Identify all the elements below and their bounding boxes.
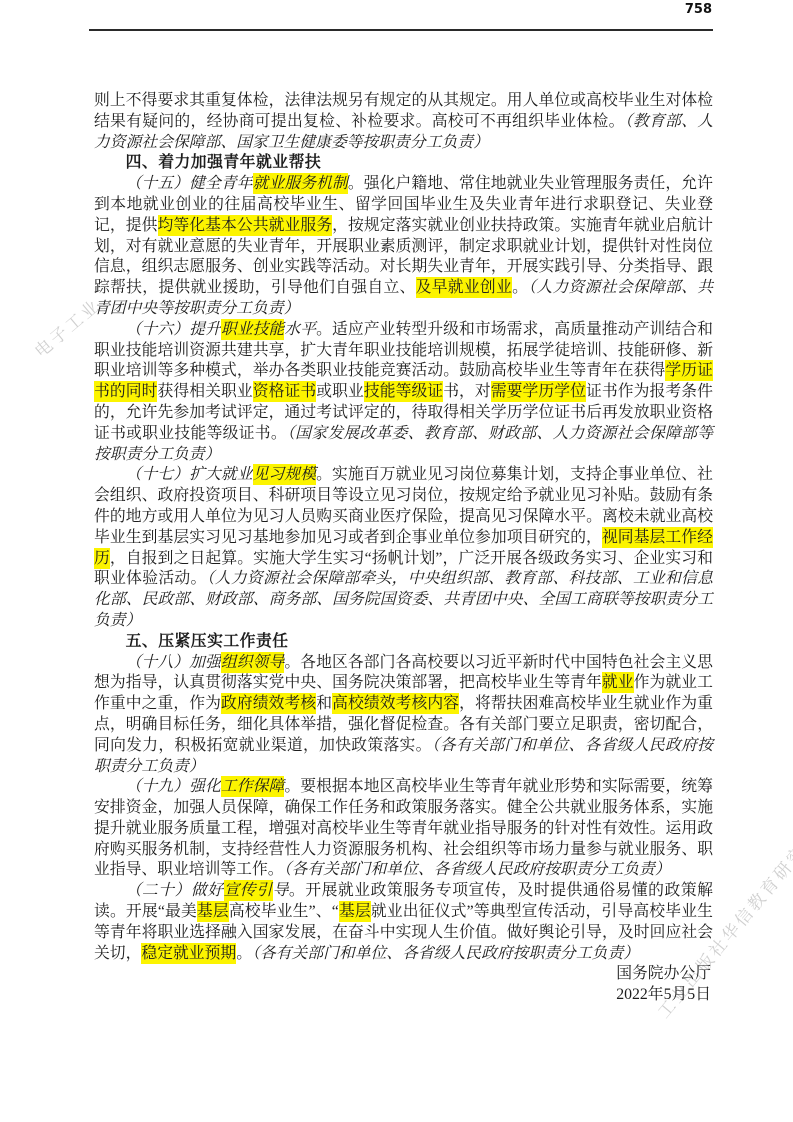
highlighted-text: 就业	[602, 672, 634, 693]
heading-section-4: 四、着力加强青年就业帮扶	[94, 153, 713, 174]
highlighted-text: 需要学历学位	[491, 381, 586, 402]
signature-line: 2022年5月5日	[94, 985, 713, 1006]
document-page: 758 电子工业 工业出版社华信教育研究所 则上不得要求其重复体检，法律法规另有…	[0, 0, 793, 1122]
para-continuation: 则上不得要求其重复体检，法律法规另有规定的从其规定。用人单位或高校毕业生对体检结…	[94, 91, 713, 153]
highlighted-text: 组织领导	[221, 652, 285, 673]
para-15: （十五）健全青年就业服务机制。强化户籍地、常住地就业失业管理服务责任，允许到本地…	[94, 174, 713, 320]
highlighted-text: 高校绩效考核内容	[332, 693, 459, 714]
highlighted-text: 技能等级证	[364, 381, 443, 402]
attribution-text: （二十）做好	[126, 882, 224, 899]
para-19: （十九）强化工作保障。要根据本地区高校毕业生等青年就业形势和实际需要，统筹安排资…	[94, 777, 713, 881]
highlighted-text: 就业服务机制	[253, 173, 348, 194]
body-text: 。	[512, 279, 528, 296]
attribution-text: 水平	[284, 321, 316, 338]
attribution-text: （十七）扩大就业	[126, 466, 253, 483]
para-18: （十八）加强组织领导。各地区各部门各高校要以习近平新时代中国特色社会主义思想为指…	[94, 653, 713, 778]
highlighted-text: 见习规模	[253, 464, 317, 485]
highlighted-text: 基层	[339, 901, 371, 922]
body-text: 获得相关职业	[157, 383, 252, 400]
attribution-text: （十八）加强	[126, 654, 221, 671]
highlighted-text: 工作保障	[221, 776, 285, 797]
highlighted-text: 职业技能	[221, 319, 285, 340]
highlighted-text: 稳定就业预期	[141, 943, 236, 964]
attribution-text: （各有关部门和单位、各省级人民政府按职责分工负责）	[284, 861, 671, 878]
attribution-text: （十九）强化	[126, 778, 221, 795]
para-16: （十六）提升职业技能水平。适应产业转型升级和市场需求，高质量推动产训结合和职业技…	[94, 320, 713, 466]
body-text: 和	[316, 695, 332, 712]
highlighted-text: 基层	[197, 901, 229, 922]
attribution-text: （十六）提升	[126, 321, 221, 338]
attribution-text: （各有关部门和单位、各省级人民政府按职责分工负责）	[252, 945, 639, 962]
signature-block: 国务院办公厅2022年5月5日	[94, 964, 713, 1006]
body-text: 则上不得要求其重复体检，法律法规另有规定的从其规定。用人单位或高校毕业生对体检结…	[94, 92, 713, 130]
document-body: 则上不得要求其重复体检，法律法规另有规定的从其规定。用人单位或高校毕业生对体检结…	[94, 91, 713, 1006]
attribution-text: （十五）健全青年	[126, 175, 253, 192]
highlighted-text: 资格证书	[253, 381, 316, 402]
body-text: 。	[236, 945, 252, 962]
para-20: （二十）做好宣传引导。开展就业政策服务专项宣传，及时提供通俗易懂的政策解读。开展…	[94, 881, 713, 964]
body-text: 高校毕业生”、“	[229, 903, 339, 920]
signature-line: 国务院办公厅	[94, 964, 713, 985]
header-rule	[89, 29, 713, 31]
highlighted-text: 均等化基本公共就业服务	[158, 215, 333, 236]
highlighted-text: 宣传引	[224, 880, 273, 901]
heading-section-5: 五、压紧压实工作责任	[94, 632, 713, 653]
highlighted-text: 及早就业创业	[416, 277, 512, 298]
para-17: （十七）扩大就业见习规模。实施百万就业见习岗位募集计划，支持企事业单位、社会组织…	[94, 465, 713, 631]
body-text: 书，对	[443, 383, 491, 400]
highlighted-text: 政府绩效考核	[221, 693, 316, 714]
body-text: 或职业	[316, 383, 364, 400]
page-number: 758	[685, 2, 712, 17]
attribution-text: 导	[273, 882, 289, 899]
